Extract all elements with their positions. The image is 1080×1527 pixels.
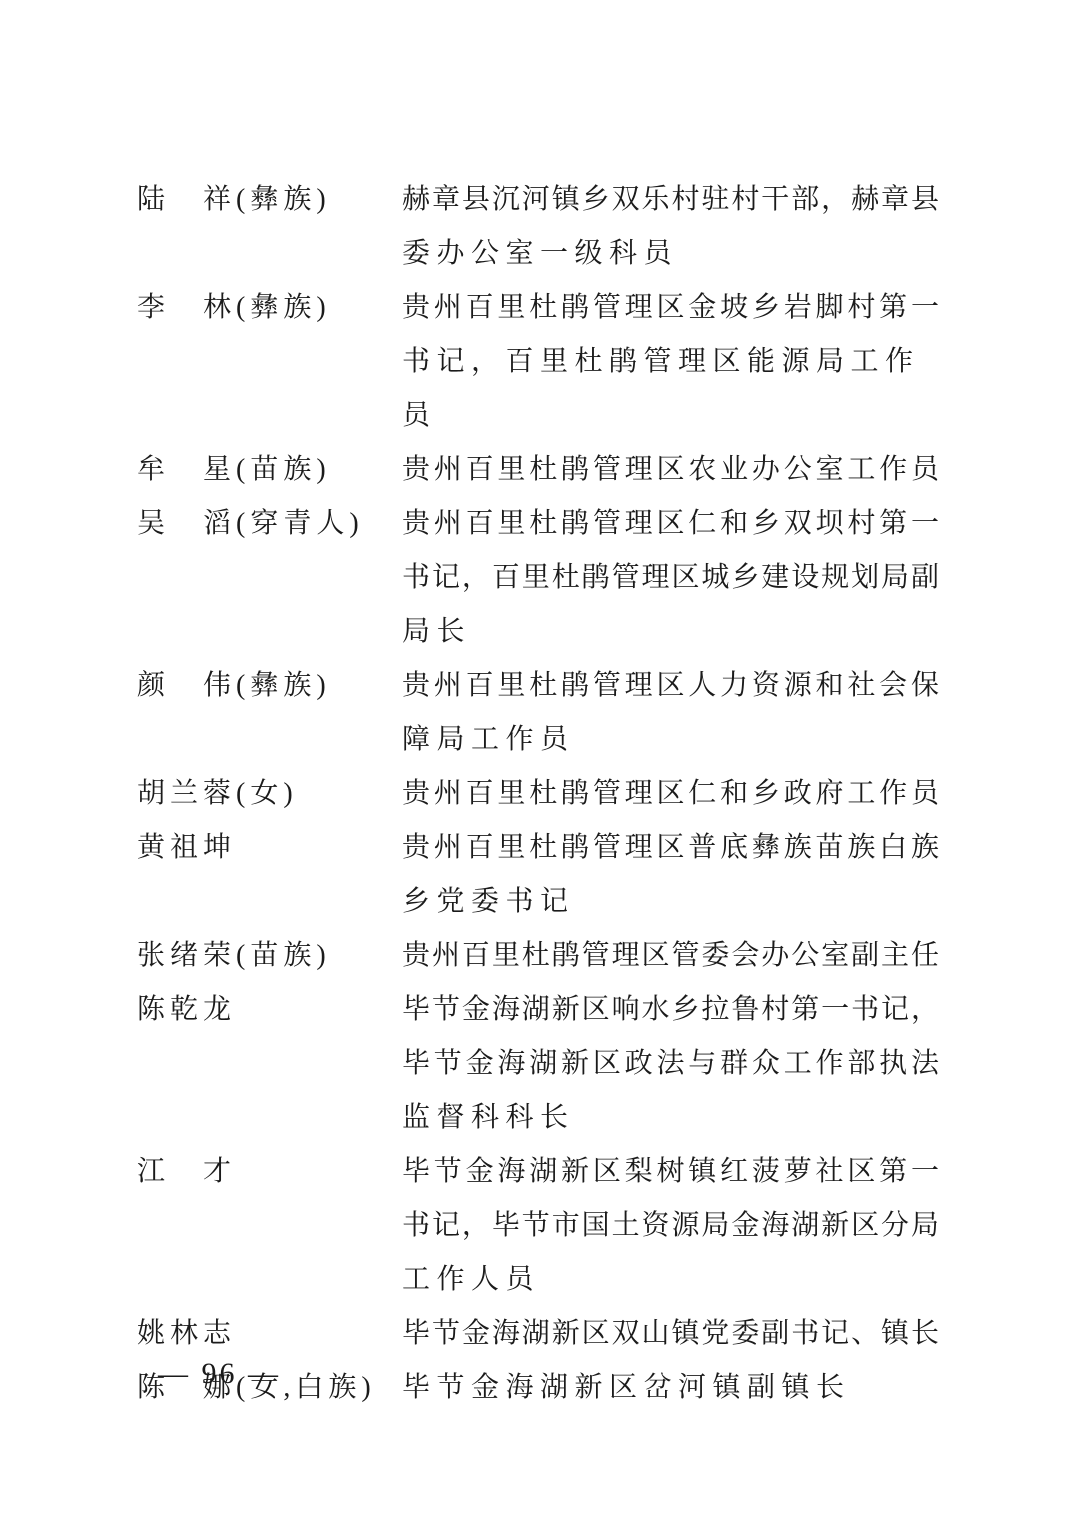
position-line: 书记，百里杜鹃管理区城乡建设规划局副 — [402, 551, 939, 605]
position-description: 贵州百里杜鹃管理区农业办公室工作员 — [402, 443, 939, 497]
person-name: 陈乾龙 — [137, 983, 402, 1037]
entry-row: 胡兰蓉(女) 贵州百里杜鹃管理区仁和乡政府工作员 — [137, 767, 947, 821]
position-description: 贵州百里杜鹃管理区人力资源和社会保 障局工作员 — [402, 659, 939, 767]
entry-row: 陆 祥(彝族) 赫章县沉河镇乡双乐村驻村干部，赫章县 委办公室一级科员 — [137, 173, 947, 281]
position-description: 贵州百里杜鹃管理区仁和乡双坝村第一 书记，百里杜鹃管理区城乡建设规划局副 局长 — [402, 497, 939, 659]
position-description: 贵州百里杜鹃管理区普底彝族苗族白族 乡党委书记 — [402, 821, 939, 929]
entry-row: 颜 伟(彝族) 贵州百里杜鹃管理区人力资源和社会保 障局工作员 — [137, 659, 947, 767]
position-line: 局长 — [402, 605, 939, 659]
document-page: 陆 祥(彝族) 赫章县沉河镇乡双乐村驻村干部，赫章县 委办公室一级科员 李 林(… — [0, 0, 1080, 1527]
person-name: 牟 星(苗族) — [137, 443, 402, 497]
page-number: — 96 — — [158, 1352, 281, 1396]
position-line: 贵州百里杜鹃管理区仁和乡政府工作员 — [402, 767, 939, 821]
person-name: 陆 祥(彝族) — [137, 173, 402, 227]
position-description: 毕节金海湖新区响水乡拉鲁村第一书记， 毕节金海湖新区政法与群众工作部执法 监督科… — [402, 983, 939, 1145]
entry-row: 陈乾龙 毕节金海湖新区响水乡拉鲁村第一书记， 毕节金海湖新区政法与群众工作部执法… — [137, 983, 947, 1145]
person-name: 张绪荣(苗族) — [137, 929, 402, 983]
position-description: 贵州百里杜鹃管理区仁和乡政府工作员 — [402, 767, 939, 821]
entry-row: 黄祖坤 贵州百里杜鹃管理区普底彝族苗族白族 乡党委书记 — [137, 821, 947, 929]
position-line: 贵州百里杜鹃管理区农业办公室工作员 — [402, 443, 939, 497]
entry-row: 江 才 毕节金海湖新区梨树镇红菠萝社区第一 书记，毕节市国土资源局金海湖新区分局… — [137, 1145, 947, 1307]
position-line: 贵州百里杜鹃管理区管委会办公室副主任 — [402, 929, 939, 983]
entry-row: 牟 星(苗族) 贵州百里杜鹃管理区农业办公室工作员 — [137, 443, 947, 497]
position-line: 贵州百里杜鹃管理区仁和乡双坝村第一 — [402, 497, 939, 551]
position-line: 贵州百里杜鹃管理区普底彝族苗族白族 — [402, 821, 939, 875]
position-line: 毕节金海湖新区政法与群众工作部执法 — [402, 1037, 939, 1091]
position-line: 乡党委书记 — [402, 875, 939, 929]
position-line: 书记，百里杜鹃管理区能源局工作员 — [402, 335, 939, 443]
position-line: 贵州百里杜鹃管理区人力资源和社会保 — [402, 659, 939, 713]
position-line: 委办公室一级科员 — [402, 227, 939, 281]
position-line: 毕节金海湖新区响水乡拉鲁村第一书记， — [402, 983, 939, 1037]
person-name: 吴 滔(穿青人) — [137, 497, 402, 551]
position-description: 贵州百里杜鹃管理区管委会办公室副主任 — [402, 929, 939, 983]
entry-row: 李 林(彝族) 贵州百里杜鹃管理区金坡乡岩脚村第一 书记，百里杜鹃管理区能源局工… — [137, 281, 947, 443]
position-description: 贵州百里杜鹃管理区金坡乡岩脚村第一 书记，百里杜鹃管理区能源局工作员 — [402, 281, 939, 443]
person-name: 颜 伟(彝族) — [137, 659, 402, 713]
position-description: 毕节金海湖新区岔河镇副镇长 — [402, 1361, 939, 1415]
person-name: 江 才 — [137, 1145, 402, 1199]
position-description: 赫章县沉河镇乡双乐村驻村干部，赫章县 委办公室一级科员 — [402, 173, 939, 281]
position-line: 监督科科长 — [402, 1091, 939, 1145]
position-line: 障局工作员 — [402, 713, 939, 767]
person-name: 李 林(彝族) — [137, 281, 402, 335]
position-line: 书记，毕节市国土资源局金海湖新区分局 — [402, 1199, 939, 1253]
position-line: 毕节金海湖新区岔河镇副镇长 — [402, 1361, 939, 1415]
position-line: 毕节金海湖新区梨树镇红菠萝社区第一 — [402, 1145, 939, 1199]
entries-list: 陆 祥(彝族) 赫章县沉河镇乡双乐村驻村干部，赫章县 委办公室一级科员 李 林(… — [137, 173, 947, 1415]
position-line: 贵州百里杜鹃管理区金坡乡岩脚村第一 — [402, 281, 939, 335]
entry-row: 张绪荣(苗族) 贵州百里杜鹃管理区管委会办公室副主任 — [137, 929, 947, 983]
position-line: 毕节金海湖新区双山镇党委副书记、镇长 — [402, 1307, 939, 1361]
position-description: 毕节金海湖新区双山镇党委副书记、镇长 — [402, 1307, 939, 1361]
position-line: 赫章县沉河镇乡双乐村驻村干部，赫章县 — [402, 173, 939, 227]
entry-row: 吴 滔(穿青人) 贵州百里杜鹃管理区仁和乡双坝村第一 书记，百里杜鹃管理区城乡建… — [137, 497, 947, 659]
position-description: 毕节金海湖新区梨树镇红菠萝社区第一 书记，毕节市国土资源局金海湖新区分局 工作人… — [402, 1145, 939, 1307]
position-line: 工作人员 — [402, 1253, 939, 1307]
person-name: 胡兰蓉(女) — [137, 767, 402, 821]
person-name: 黄祖坤 — [137, 821, 402, 875]
